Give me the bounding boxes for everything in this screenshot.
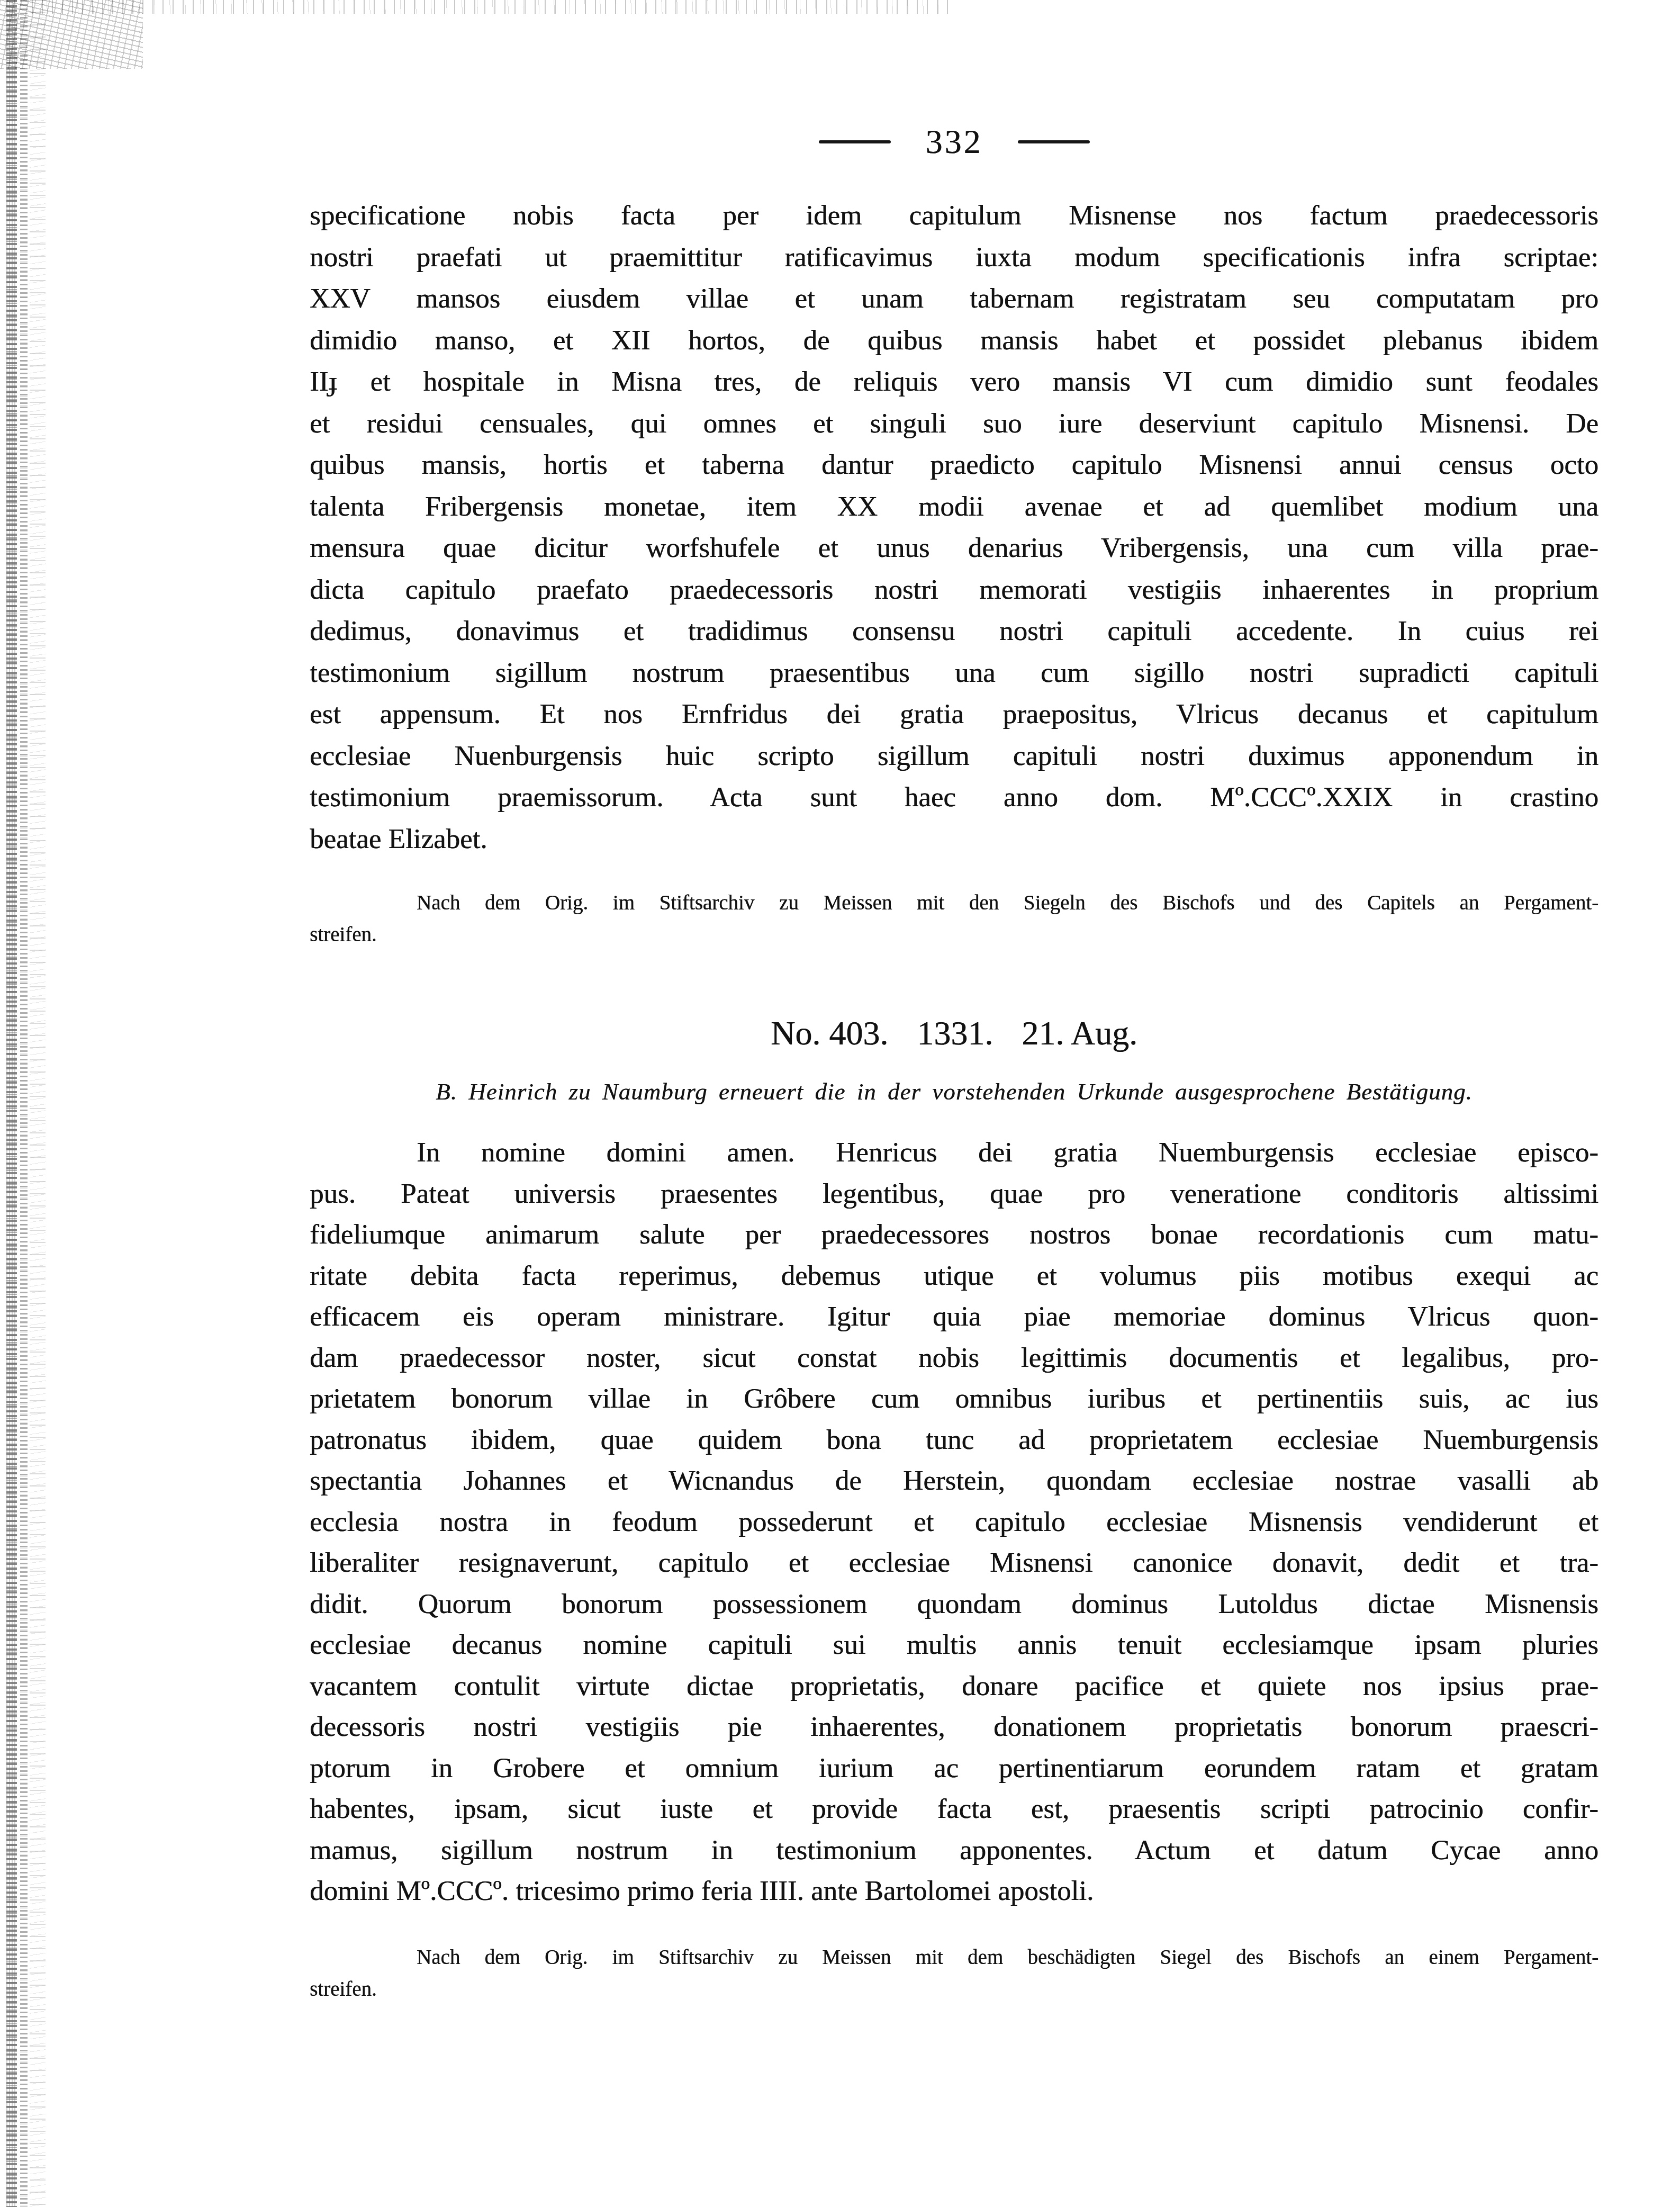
text-line: domini Mº.CCCº. tricesimo primo feria II… [310, 1871, 1598, 1912]
text-line: habentes, ipsam, sicut iuste et provide … [310, 1789, 1598, 1830]
page-number-rule-left [819, 140, 891, 143]
text-line: testimonium praemissorum. Acta sunt haec… [310, 777, 1598, 818]
text-line: Nach dem Orig. im Stiftsarchiv zu Meisse… [310, 1942, 1598, 1974]
book-page: 332 specificatione nobis facta per idem … [0, 0, 1680, 2207]
text-line: spectantia Johannes et Wicnandus de Hers… [310, 1461, 1598, 1502]
scan-noise-left-strip [6, 0, 17, 2207]
text-line: dam praedecessor noster, sicut constat n… [310, 1338, 1598, 1379]
heading-year: 1331. [917, 1014, 993, 1053]
scan-noise-top-strip [32, 0, 953, 14]
document-403-heading: No. 403. 1331. 21. Aug. [310, 1012, 1598, 1055]
text-line: et residui censuales, qui omnes et singu… [310, 403, 1598, 445]
text-line: ecclesiae decanus nomine capituli sui mu… [310, 1625, 1598, 1666]
text-line: mamus, sigillum nostrum in testimonium a… [310, 1830, 1598, 1871]
heading-document-number: No. 403. [771, 1014, 888, 1053]
text-line: efficacem eis operam ministrare. Igitur … [310, 1296, 1598, 1338]
document-402-body: specificatione nobis facta per idem capi… [310, 195, 1598, 860]
text-line: mensura quae dicitur worfshufele et unus… [310, 527, 1598, 569]
document-403-source-note: Nach dem Orig. im Stiftsarchiv zu Meisse… [310, 1942, 1598, 2005]
text-line: dedimus, donavimus et tradidimus consens… [310, 610, 1598, 652]
text-line: talenta Fribergensis monetae, item XX mo… [310, 486, 1598, 528]
text-line: prietatem bonorum villae in Grôbere cum … [310, 1379, 1598, 1420]
page-header: 332 [310, 118, 1598, 166]
text-line: IIɟ et hospitale in Misna tres, de reliq… [310, 361, 1598, 403]
page-number: 332 [926, 122, 983, 161]
text-line: ritate debita facta reperimus, debemus u… [310, 1256, 1598, 1297]
text-line: testimonium sigillum nostrum praesentibu… [310, 652, 1598, 694]
text-line: In nomine domini amen. Henricus dei grat… [310, 1132, 1598, 1174]
text-line: est appensum. Et nos Ernfridus dei grati… [310, 693, 1598, 735]
text-line: dicta capitulo praefato praedecessoris n… [310, 569, 1598, 611]
heading-day: 21. Aug. [1022, 1014, 1137, 1053]
text-line: decessoris nostri vestigiis pie inhaeren… [310, 1707, 1598, 1748]
text-line: quibus mansis, hortis et taberna dantur … [310, 444, 1598, 486]
text-line: beatae Elizabet. [310, 818, 1598, 860]
text-line: nostri praefati ut praemittitur ratifica… [310, 237, 1598, 278]
text-line: dimidio manso, et XII hortos, de quibus … [310, 320, 1598, 362]
scan-noise-corner [0, 0, 143, 69]
text-line: vacantem contulit virtute dictae proprie… [310, 1666, 1598, 1707]
document-403-body: In nomine domini amen. Henricus dei grat… [310, 1132, 1598, 1912]
text-line: didit. Quorum bonorum possessionem quond… [310, 1584, 1598, 1625]
scan-noise-left-strip-3 [30, 0, 46, 2207]
text-line: patronatus ibidem, quae quidem bona tunc… [310, 1420, 1598, 1461]
text-line: Nach dem Orig. im Stiftsarchiv zu Meisse… [310, 887, 1598, 919]
text-line: fideliumque animarum salute per praedece… [310, 1214, 1598, 1256]
text-line: XXV mansos eiusdem villae et unam tabern… [310, 278, 1598, 320]
document-402-source-note: Nach dem Orig. im Stiftsarchiv zu Meisse… [310, 887, 1598, 951]
text-line: liberaliter resignaverunt, capitulo et e… [310, 1543, 1598, 1584]
text-line: ecclesiae Nuenburgensis huic scripto sig… [310, 735, 1598, 777]
page-number-rule-right [1018, 140, 1090, 143]
text-line: ecclesia nostra in feodum possederunt et… [310, 1502, 1598, 1543]
scan-noise-left-strip-2 [20, 0, 28, 2207]
text-line: streifen. [310, 919, 1598, 951]
document-403-summary: B. Heinrich zu Naumburg erneuert die in … [310, 1078, 1598, 1105]
text-line: pus. Pateat universis praesentes legenti… [310, 1174, 1598, 1215]
text-line: ptorum in Grobere et omnium iurium ac pe… [310, 1748, 1598, 1789]
text-line: specificatione nobis facta per idem capi… [310, 195, 1598, 237]
text-line: streifen. [310, 1974, 1598, 2005]
